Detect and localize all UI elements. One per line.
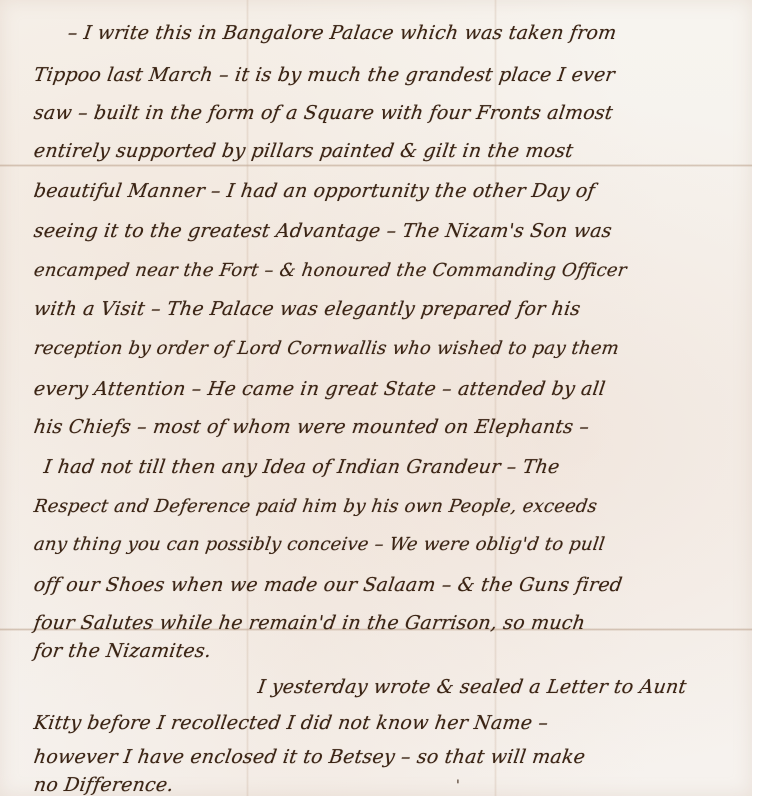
letter-line: – I write this in Bangalore Palace which… [66, 22, 618, 44]
letter-line: four Salutes while he remain'd in the Ga… [32, 612, 586, 634]
letter-line: I yesterday wrote & sealed a Letter to A… [256, 676, 688, 698]
letter-line: any thing you can possibly conceive – We… [33, 534, 607, 555]
letter-line: Tippoo last March – it is by much the gr… [32, 64, 616, 86]
letter-line: seeing it to the greatest Advantage – Th… [32, 220, 613, 242]
letter-line: no Difference. [32, 774, 175, 796]
letter-line: Respect and Deference paid him by his ow… [33, 496, 599, 517]
letter-line: Kitty before I recollected I did not kno… [32, 712, 549, 734]
letter-line: encamped near the Fort – & honoured the … [33, 260, 628, 281]
letter-line: for the Nizamites. [32, 640, 212, 662]
letter-line: off our Shoes when we made our Salaam – … [32, 574, 623, 596]
letter-line: every Attention – He came in great State… [32, 378, 606, 400]
letter-line: beautiful Manner – I had an opportunity … [32, 180, 596, 202]
stray-ink-mark: ' [456, 778, 460, 794]
letter-line: however I have enclosed it to Betsey – s… [32, 746, 586, 768]
letter-line: his Chiefs – most of whom were mounted o… [32, 416, 590, 438]
letter-page: – I write this in Bangalore Palace which… [0, 0, 752, 796]
letter-line: reception by order of Lord Cornwallis wh… [33, 338, 621, 359]
letter-line: with a Visit – The Palace was elegantly … [32, 298, 582, 320]
letter-line: I had not till then any Idea of Indian G… [42, 456, 561, 478]
letter-line: entirely supported by pillars painted & … [32, 140, 574, 162]
fold-line-horizontal-top [0, 164, 752, 167]
letter-line: saw – built in the form of a Square with… [32, 102, 614, 124]
